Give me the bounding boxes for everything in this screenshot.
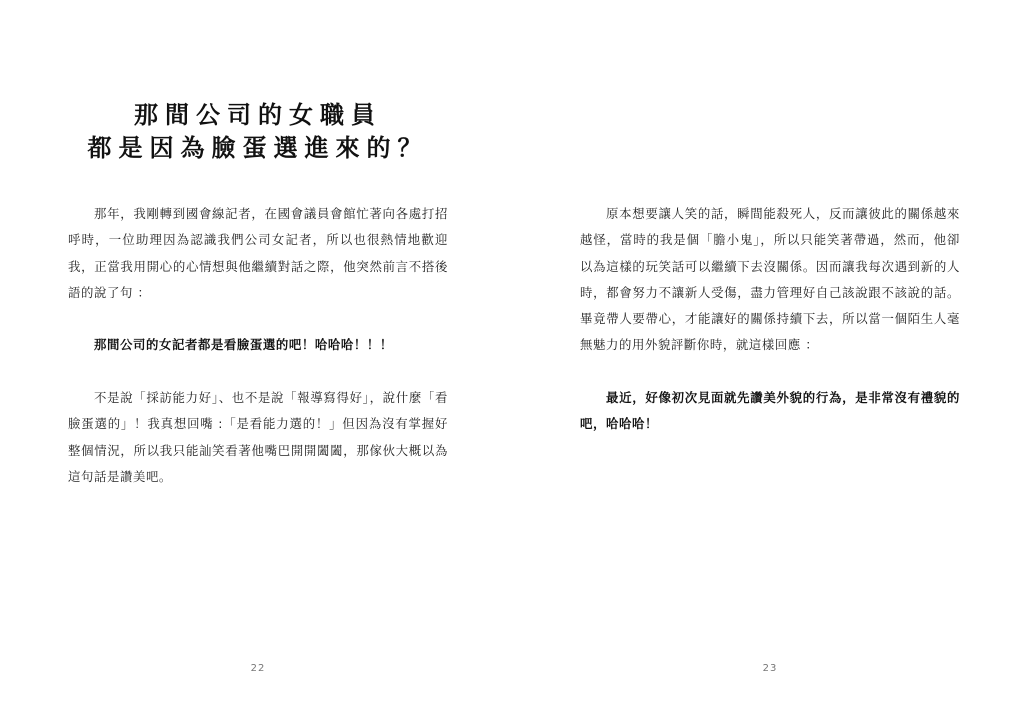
response-emphasis: 最近，好像初次見面就先讚美外貌的行為，是非常沒有禮貌的吧，哈哈哈！ [580, 385, 960, 438]
page-number-right: 23 [750, 663, 790, 674]
paragraph-reaction: 不是說「採訪能力好」、也不是說「報導寫得好」，說什麼「看臉蛋選的」！我真想回嘴 … [68, 385, 448, 490]
paragraph-reflection: 原本想要讓人笑的話，瞬間能殺死人，反而讓彼此的關係越來越怪，當時的我是個「膽小鬼… [580, 201, 960, 359]
paragraph-spacer [68, 359, 448, 385]
quote-emphasis: 那間公司的女記者都是看臉蛋選的吧！哈哈哈！！！ [68, 332, 448, 358]
left-page: 那間公司的女職員 都是因為臉蛋選進來的？ 那年，我剛轉到國會線記者，在國會議員會… [0, 0, 512, 727]
right-body-text: 原本想要讓人笑的話，瞬間能殺死人，反而讓彼此的關係越來越怪，當時的我是個「膽小鬼… [580, 201, 960, 438]
page-number-left: 22 [238, 663, 278, 674]
paragraph-intro: 那年，我剛轉到國會線記者，在國會議員會館忙著向各處打招呼時，一位助理因為認識我們… [68, 201, 448, 306]
book-spread: 那間公司的女職員 都是因為臉蛋選進來的？ 那年，我剛轉到國會線記者，在國會議員會… [0, 0, 1024, 727]
left-body-text: 那年，我剛轉到國會線記者，在國會議員會館忙著向各處打招呼時，一位助理因為認識我們… [68, 201, 448, 490]
paragraph-spacer [580, 359, 960, 385]
chapter-title-line-1: 那間公司的女職員 [68, 98, 448, 131]
chapter-title-line-2: 都是因為臉蛋選進來的？ [68, 131, 448, 164]
chapter-title: 那間公司的女職員 都是因為臉蛋選進來的？ [68, 98, 448, 164]
right-page: 原本想要讓人笑的話，瞬間能殺死人，反而讓彼此的關係越來越怪，當時的我是個「膽小鬼… [512, 0, 1024, 727]
paragraph-spacer [68, 306, 448, 332]
